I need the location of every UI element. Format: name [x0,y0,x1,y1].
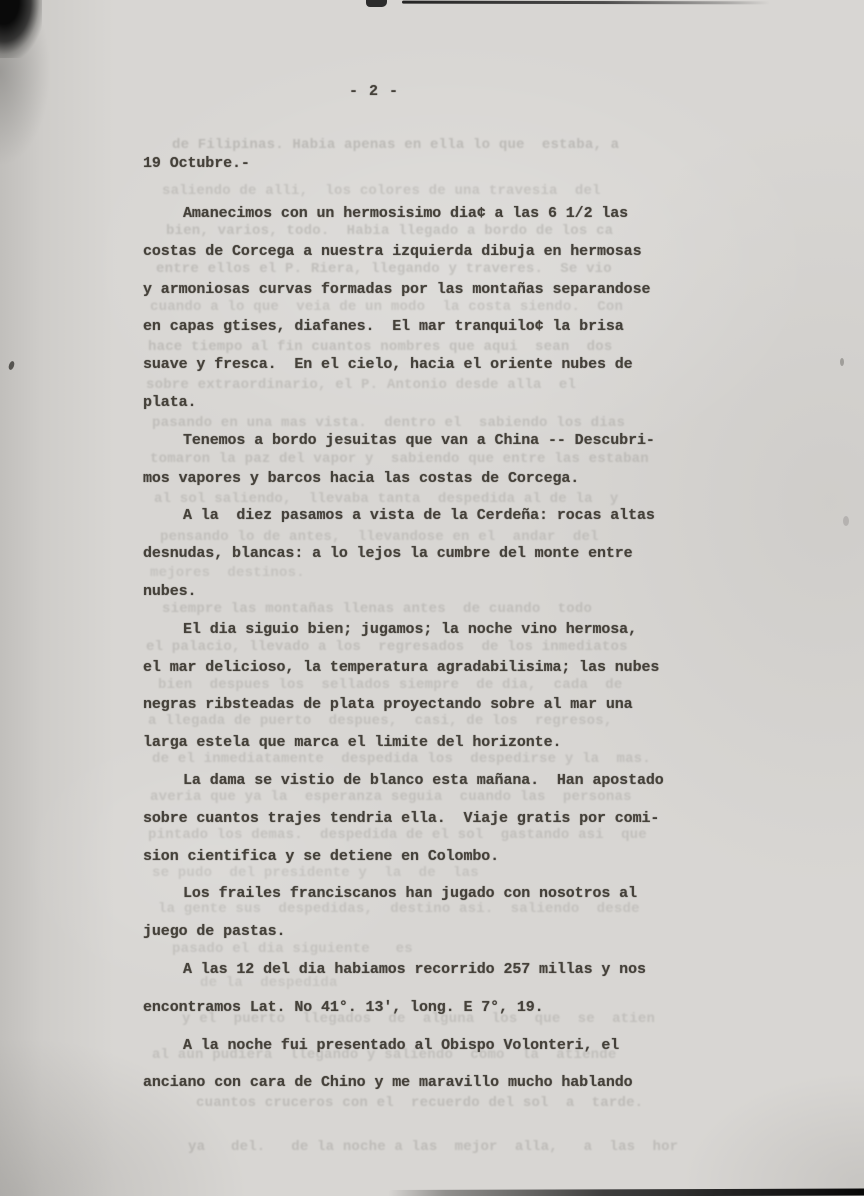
typewritten-line: anciano con cara de Chino y me maravillo… [143,1075,633,1090]
typewritten-line: La dama se vistio de blanco esta mañana.… [183,773,664,788]
typewritten-line: en capas gtises, diafanes. El mar tranqu… [143,319,624,334]
typewritten-line: El dia siguio bien; jugamos; la noche vi… [183,622,637,637]
typewritten-line: larga estela que marca el limite del hor… [143,735,561,750]
typewritten-line: A la diez pasamos a vista de la Cerdeña:… [183,508,655,523]
typewritten-line: Tenemos a bordo jesuitas que van a China… [183,433,655,448]
typewritten-line: A la noche fui presentado al Obispo Volo… [183,1038,619,1053]
typewritten-line: Amanecimos con un hermosisimo dia¢ a las… [183,206,628,221]
typewritten-line: plata. [143,395,196,410]
typewritten-line: sobre cuantos trajes tendria ella. Viaje… [143,811,659,826]
scanned-document-page: de Filipinas. Habia apenas en ella lo qu… [0,0,864,1196]
typewritten-line: mos vapores y barcos hacia las costas de… [143,471,579,486]
typewritten-line: Los frailes franciscanos han jugado con … [183,886,637,901]
typewritten-line: suave y fresca. En el cielo, hacia el or… [143,357,633,372]
typewritten-line: y armoniosas curvas formadas por las mon… [143,282,650,297]
typewritten-line: negras ribsteadas de plata proyectando s… [143,697,633,712]
typewritten-line: A las 12 del dia habiamos recorrido 257 … [183,962,646,977]
typewritten-line: costas de Corcega a nuestra izquierda di… [143,244,641,259]
typewritten-line: juego de pastas. [143,924,285,939]
typewritten-line: encontramos Lat. No 41°. 13', long. E 7°… [143,1000,544,1015]
typewritten-line: sion cientifica y se detiene en Colombo. [143,849,499,864]
typewritten-line: nubes. [143,584,196,599]
typewritten-line: desnudas, blancas: a lo lejos la cumbre … [143,546,633,561]
typewritten-line: el mar delicioso, la temperatura agradab… [143,660,659,675]
page-number: - 2 - [349,84,399,99]
date-heading: 19 Octubre.- [143,156,250,171]
typewritten-text-layer: - 2 - 19 Octubre.- Amanecimos con un her… [0,0,864,1196]
